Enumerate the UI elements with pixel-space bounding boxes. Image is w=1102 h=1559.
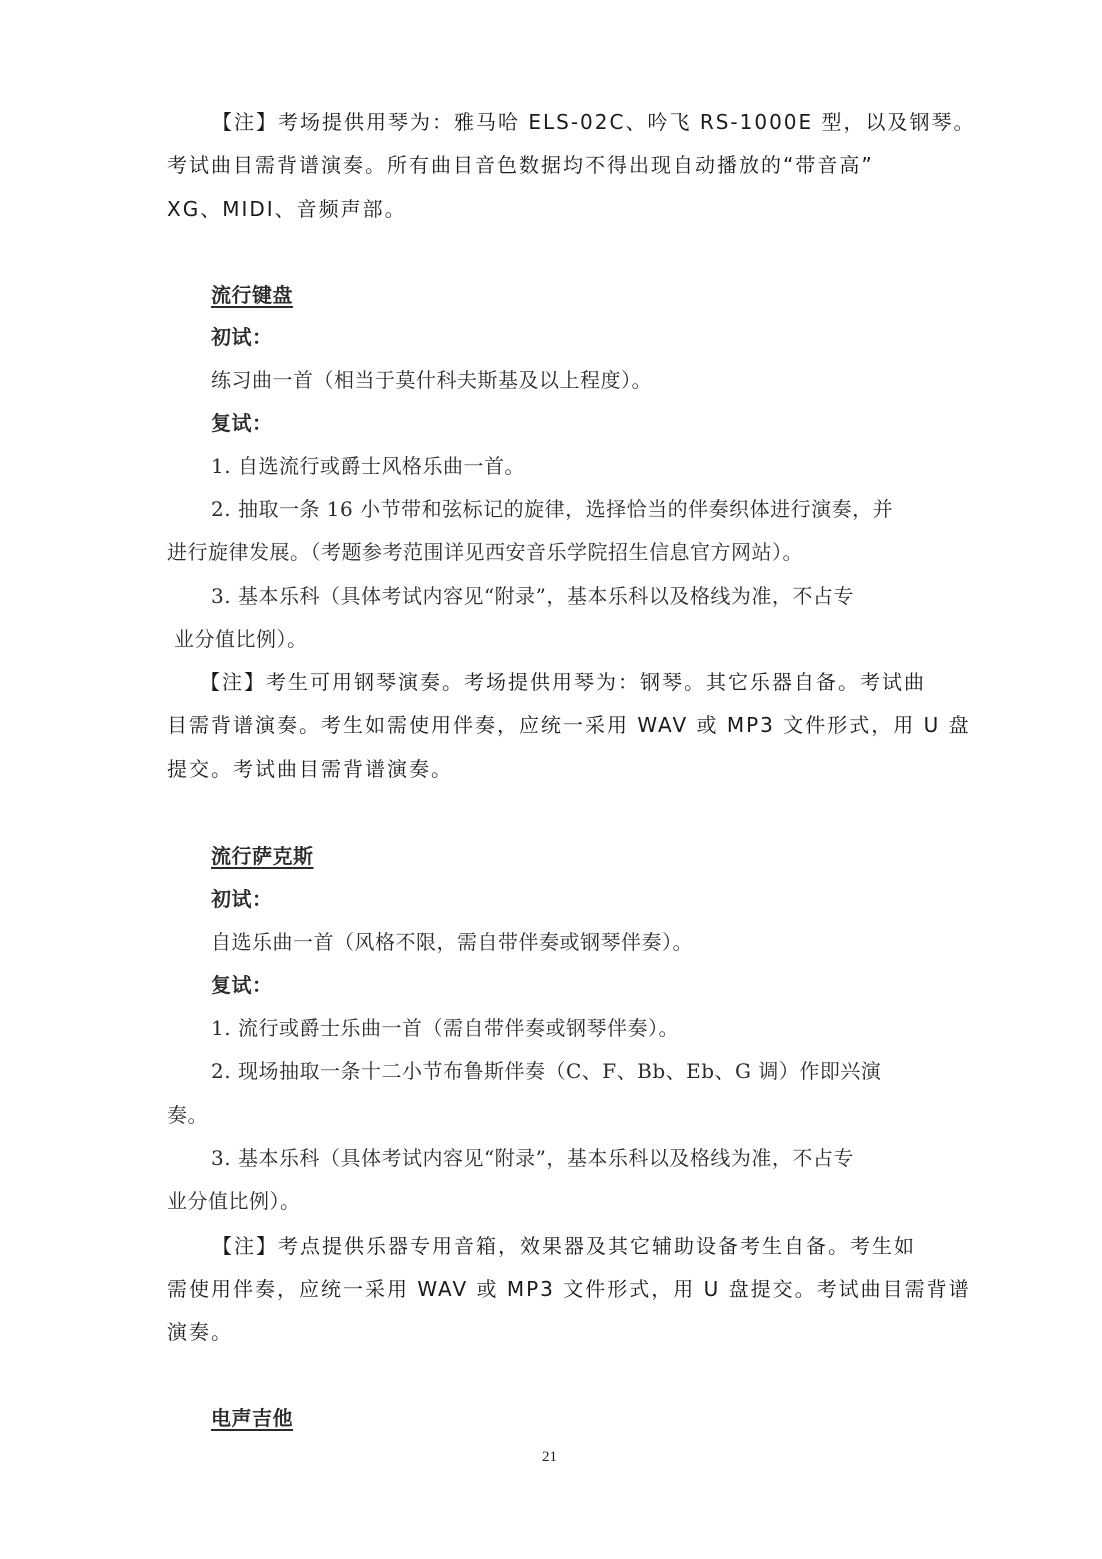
preliminary-text: 自选乐曲一首（风格不限，需自带伴奏或钢琴伴奏）。 [211,928,693,956]
final-item-continuation: 业分值比例）。 [167,1187,301,1215]
page-number: 21 [542,1449,557,1466]
top-note-line-2: 考试曲目需背谱演奏。所有曲目音色数据均不得出现自动播放的“带音高” [167,151,874,179]
preliminary-label: 初试： [211,885,273,913]
section-note-line: 提交。考试曲目需背谱演奏。 [167,755,453,783]
section-note-line: 需使用伴奏，应统一采用 WAV 或 MP3 文件形式，用 U 盘提交。考试曲目需… [167,1275,971,1303]
preliminary-text: 练习曲一首（相当于莫什科夫斯基及以上程度）。 [211,366,652,394]
final-item-continuation: 进行旋律发展。（考题参考范围详见西安音乐学院招生信息官方网站）。 [167,538,803,566]
final-label: 复试： [211,409,273,437]
section-note-line: 演奏。 [167,1318,233,1346]
final-item: 2. 抽取一条 16 小节带和弦标记的旋律，选择恰当的伴奏织体进行演奏，并 [211,495,893,523]
final-label: 复试： [211,971,273,999]
final-item: 1. 自选流行或爵士风格乐曲一首。 [211,452,525,480]
final-item: 1. 流行或爵士乐曲一首（需自带伴奏或钢琴伴奏）。 [211,1014,679,1042]
final-item: 2. 现场抽取一条十二小节布鲁斯伴奏（C、F、Bb、Eb、G 调）作即兴演 [211,1057,881,1085]
document-page: 【注】考场提供用琴为：雅马哈 ELS-02C、吟飞 RS-1000E 型，以及钢… [0,0,1102,1559]
section-note-line: 【注】考点提供乐器专用音箱，效果器及其它辅助设备考生自备。考生如 [212,1232,916,1260]
section-note-line: 【注】考生可用钢琴演奏。考场提供用琴为：钢琴。其它乐器自备。考试曲 [200,668,926,696]
section-note-line: 目需背谱演奏。考生如需使用伴奏，应统一采用 WAV 或 MP3 文件形式，用 U… [167,711,971,739]
final-item-continuation: 奏。 [167,1101,208,1129]
top-note-line-1: 【注】考场提供用琴为：雅马哈 ELS-02C、吟飞 RS-1000E 型，以及钢… [212,108,976,136]
preliminary-label: 初试： [211,323,273,351]
section-title-electric-guitar: 电声吉他 [211,1404,293,1432]
section-title-pop-saxophone: 流行萨克斯 [211,842,314,870]
section-title-pop-keyboard: 流行键盘 [211,281,293,309]
final-item: 3. 基本乐科（具体考试内容见“附录”，基本乐科以及格线为准，不占专 [211,1144,854,1172]
final-item: 3. 基本乐科（具体考试内容见“附录”，基本乐科以及格线为准，不占专 [211,582,854,610]
final-item-continuation: 业分值比例）。 [174,625,308,653]
top-note-line-3: XG、MIDI、音频声部。 [167,195,407,223]
